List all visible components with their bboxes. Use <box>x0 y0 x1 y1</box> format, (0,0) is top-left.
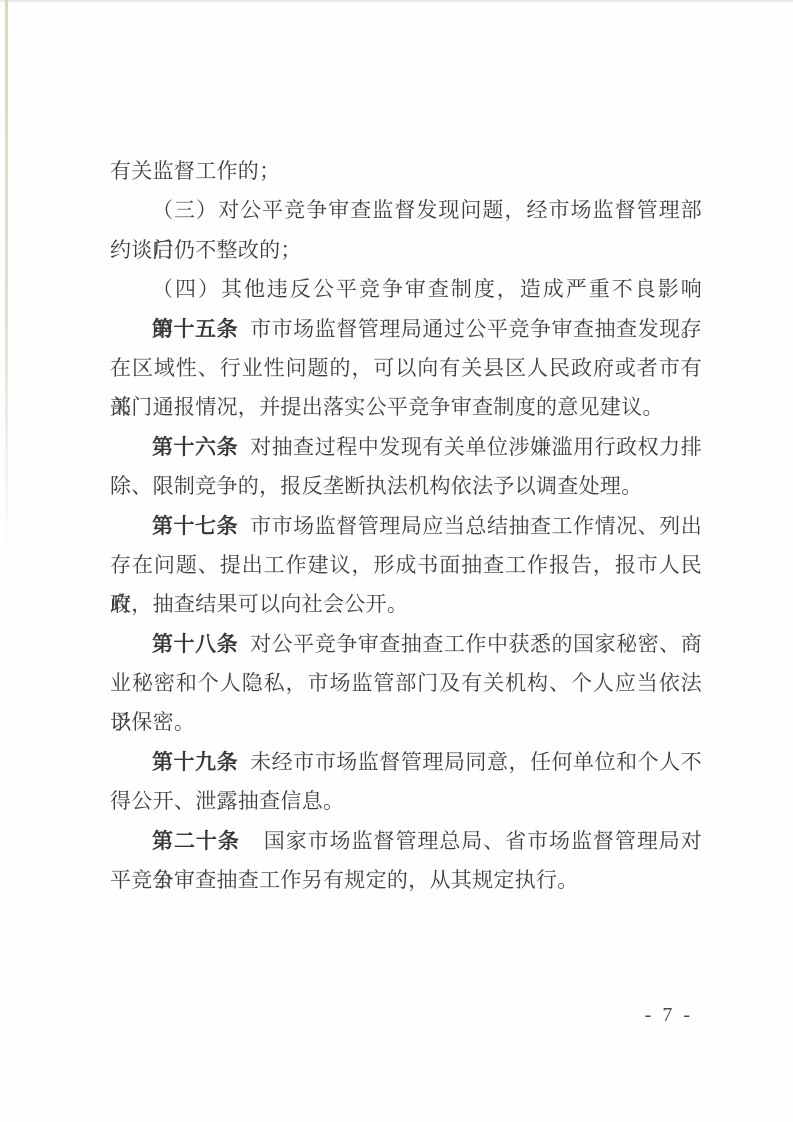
text-line: 府，抽查结果可以向社会公开。 <box>110 585 702 624</box>
text-line: 约谈后仍不整改的； <box>110 231 702 270</box>
text-line-content: 对抽查过程中发现有关单位涉嫌滥用行政权力排 <box>250 435 702 459</box>
text-line-content: 部门通报情况，并提出落实公平竞争审查制度的意见建议。 <box>110 395 664 419</box>
text-line: （三）对公平竞争审查监督发现问题，经市场监督管理部门 <box>110 191 702 230</box>
text-line: （四）其他违反公平竞争审查制度，造成严重不良影响的。 <box>110 270 702 309</box>
text-line: 第十七条市市场监督管理局应当总结抽查工作情况、列出 <box>110 507 702 546</box>
text-line-content: 得公开、泄露抽查信息。 <box>110 789 344 813</box>
scan-left-edge-artifact <box>5 0 8 560</box>
article-number-label: 第十五条 <box>152 317 238 341</box>
text-line: 除、限制竞争的，报反垄断执法机构依法予以调查处理。 <box>110 467 702 506</box>
article-number-label: 第二十条 <box>152 829 240 853</box>
text-line: 存在问题、提出工作建议，形成书面抽查工作报告，报市人民政 <box>110 546 702 585</box>
text-line-content: 除、限制竞争的，报反垄断执法机构依法予以调查处理。 <box>110 474 643 498</box>
text-line: 得公开、泄露抽查信息。 <box>110 782 702 821</box>
text-line: 第十五条市市场监督管理局通过公平竞争审查抽查发现存 <box>110 310 702 349</box>
text-line-content: 府，抽查结果可以向社会公开。 <box>110 592 408 616</box>
text-line: 业秘密和个人隐私，市场监管部门及有关机构、个人应当依法予 <box>110 664 702 703</box>
article-number-label: 第十九条 <box>152 750 238 774</box>
text-line-content: 平竞争审查抽查工作另有规定的，从其规定执行。 <box>110 868 579 892</box>
text-line: 第十八条对公平竞争审查抽查工作中获悉的国家秘密、商 <box>110 625 702 664</box>
text-line: 有关监督工作的； <box>110 152 702 191</box>
page-number: - 7 - <box>645 1002 693 1028</box>
text-line: 第二十条国家市场监督管理总局、省市场监督管理局对公 <box>110 822 702 861</box>
article-number-label: 第十七条 <box>152 514 238 538</box>
text-line-content: 市市场监督管理局应当总结抽查工作情况、列出 <box>250 514 702 538</box>
text-line-content: 有关监督工作的； <box>110 159 280 183</box>
text-line-content: 以保密。 <box>110 710 195 734</box>
text-line-content: 对公平竞争审查抽查工作中获悉的国家秘密、商 <box>250 632 702 656</box>
article-number-label: 第十八条 <box>152 632 238 656</box>
scan-top-edge-artifact <box>0 0 793 2</box>
text-line: 第十六条对抽查过程中发现有关单位涉嫌滥用行政权力排 <box>110 428 702 467</box>
text-line-content: 市市场监督管理局通过公平竞争审查抽查发现存 <box>250 317 702 341</box>
document-page: 有关监督工作的； （三）对公平竞争审查监督发现问题，经市场监督管理部门 约谈后仍… <box>0 0 793 1122</box>
text-line-content: 约谈后仍不整改的； <box>110 238 302 262</box>
text-line: 第十九条未经市市场监督管理局同意，任何单位和个人不 <box>110 743 702 782</box>
text-line: 平竞争审查抽查工作另有规定的，从其规定执行。 <box>110 861 702 900</box>
text-line-content: 未经市市场监督管理局同意，任何单位和个人不 <box>250 750 702 774</box>
text-line: 以保密。 <box>110 703 702 742</box>
text-line: 在区域性、行业性问题的，可以向有关县区人民政府或者市有关 <box>110 349 702 388</box>
document-body: 有关监督工作的； （三）对公平竞争审查监督发现问题，经市场监督管理部门 约谈后仍… <box>110 152 702 900</box>
text-line: 部门通报情况，并提出落实公平竞争审查制度的意见建议。 <box>110 388 702 427</box>
article-number-label: 第十六条 <box>152 435 238 459</box>
